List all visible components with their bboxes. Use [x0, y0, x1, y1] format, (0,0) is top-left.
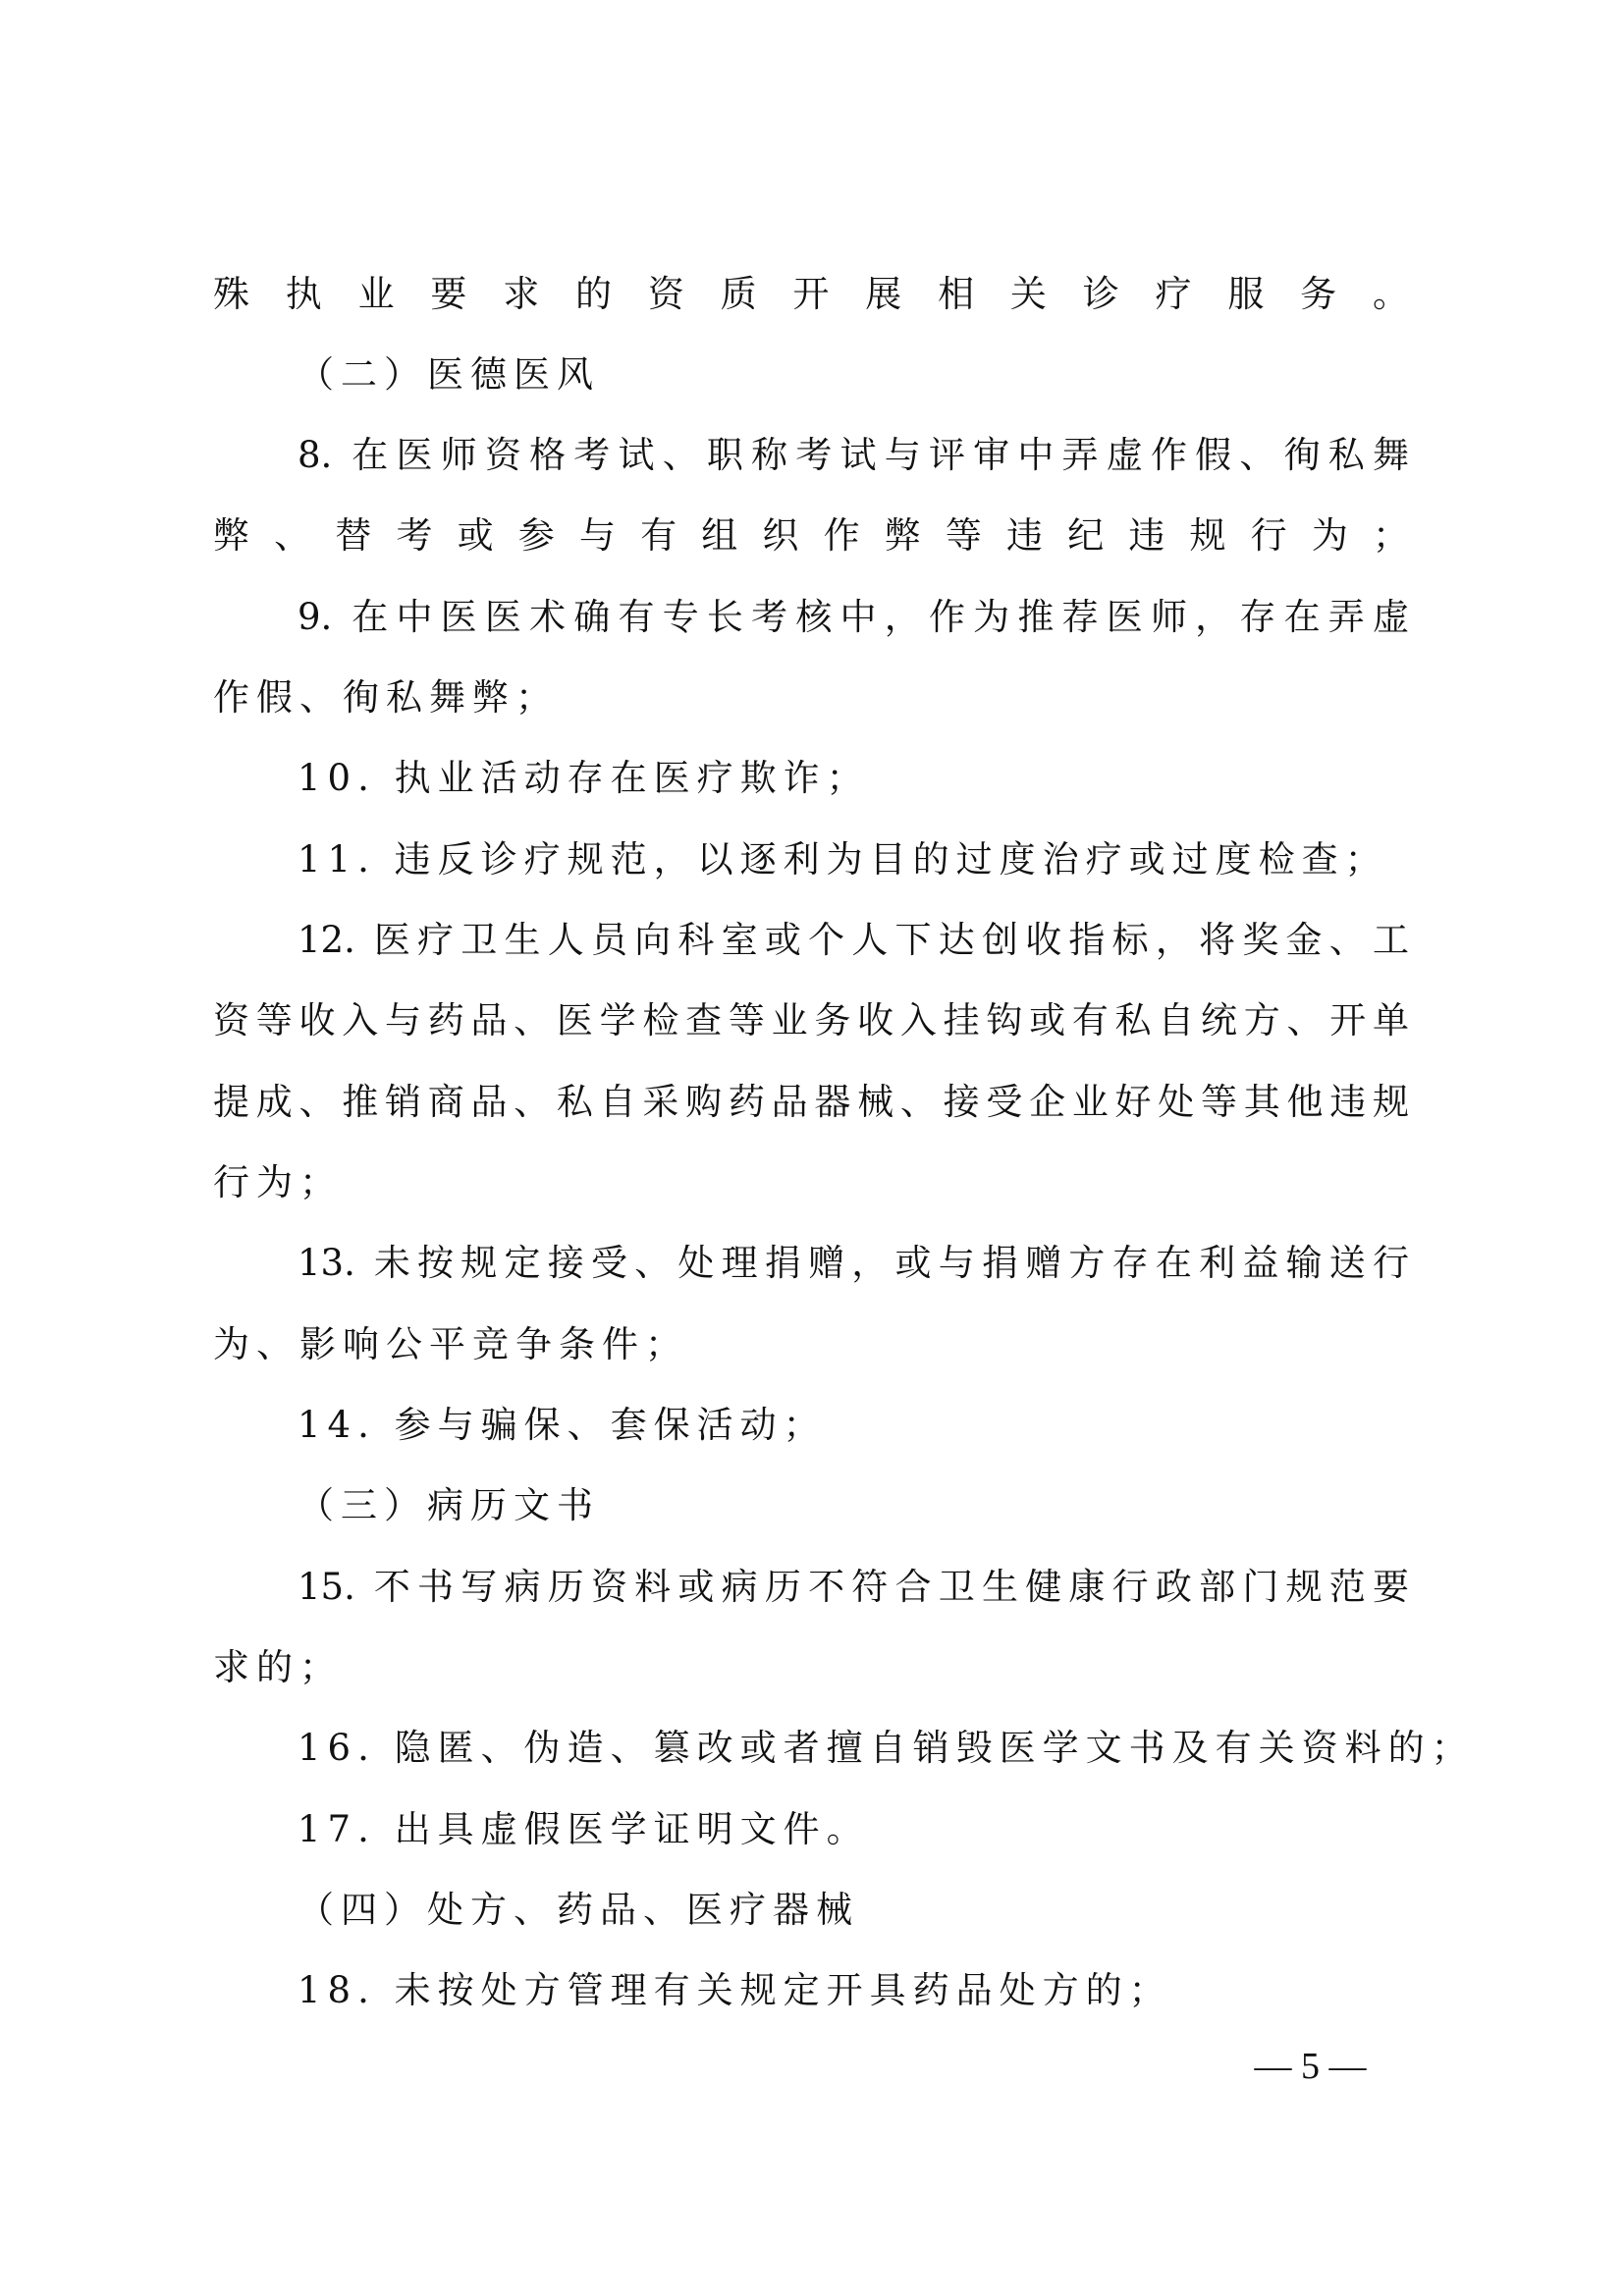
section-heading-prescriptions-drugs-devices: （四）处方、药品、医疗器械: [298, 1881, 1409, 1940]
item-14: 14. 参与骗保、套保活动；: [298, 1396, 1409, 1455]
paragraph-continuation-line: 殊执业要求的资质开展相关诊疗服务。: [213, 265, 1409, 324]
item-9-line-1: 9. 在中医医术确有专长考核中，作为推荐医师，存在弄虚: [298, 588, 1409, 647]
document-page: 殊执业要求的资质开展相关诊疗服务。 （二）医德医风 8. 在医师资格考试、职称考…: [0, 0, 1624, 2296]
item-17: 17. 出具虚假医学证明文件。: [298, 1800, 1409, 1859]
item-13-line-2: 为、影响公平竞争条件；: [213, 1315, 1409, 1374]
section-heading-medical-ethics: （二）医德医风: [298, 346, 1409, 404]
item-15-line-1: 15. 不书写病历资料或病历不符合卫生健康行政部门规范要: [298, 1558, 1409, 1617]
item-12-line-3: 提成、推销商品、私自采购药品器械、接受企业好处等其他违规: [213, 1073, 1409, 1132]
item-18: 18. 未按处方管理有关规定开具药品处方的；: [298, 1961, 1409, 2020]
item-9-line-2: 作假、徇私舞弊；: [213, 668, 1409, 727]
item-16: 16. 隐匿、伪造、篡改或者擅自销毁医学文书及有关资料的；: [298, 1719, 1409, 1778]
item-12-line-1: 12. 医疗卫生人员向科室或个人下达创收指标，将奖金、工: [298, 911, 1409, 970]
item-13-line-1: 13. 未按规定接受、处理捐赠，或与捐赠方存在利益输送行: [298, 1234, 1409, 1293]
page-number: — 5 —: [1239, 2042, 1381, 2091]
item-11: 11. 违反诊疗规范，以逐利为目的过度治疗或过度检查；: [298, 830, 1409, 889]
section-heading-medical-records: （三）病历文书: [298, 1476, 1409, 1535]
item-10: 10. 执业活动存在医疗欺诈；: [298, 749, 1409, 808]
item-8-line-2: 弊、替考或参与有组织作弊等违纪违规行为；: [213, 507, 1409, 565]
item-12-line-2: 资等收入与药品、医学检查等业务收入挂钩或有私自统方、开单: [213, 991, 1409, 1050]
item-12-line-4: 行为；: [213, 1153, 1409, 1212]
item-8-line-1: 8. 在医师资格考试、职称考试与评审中弄虚作假、徇私舞: [298, 426, 1409, 485]
item-15-line-2: 求的；: [213, 1638, 1409, 1697]
